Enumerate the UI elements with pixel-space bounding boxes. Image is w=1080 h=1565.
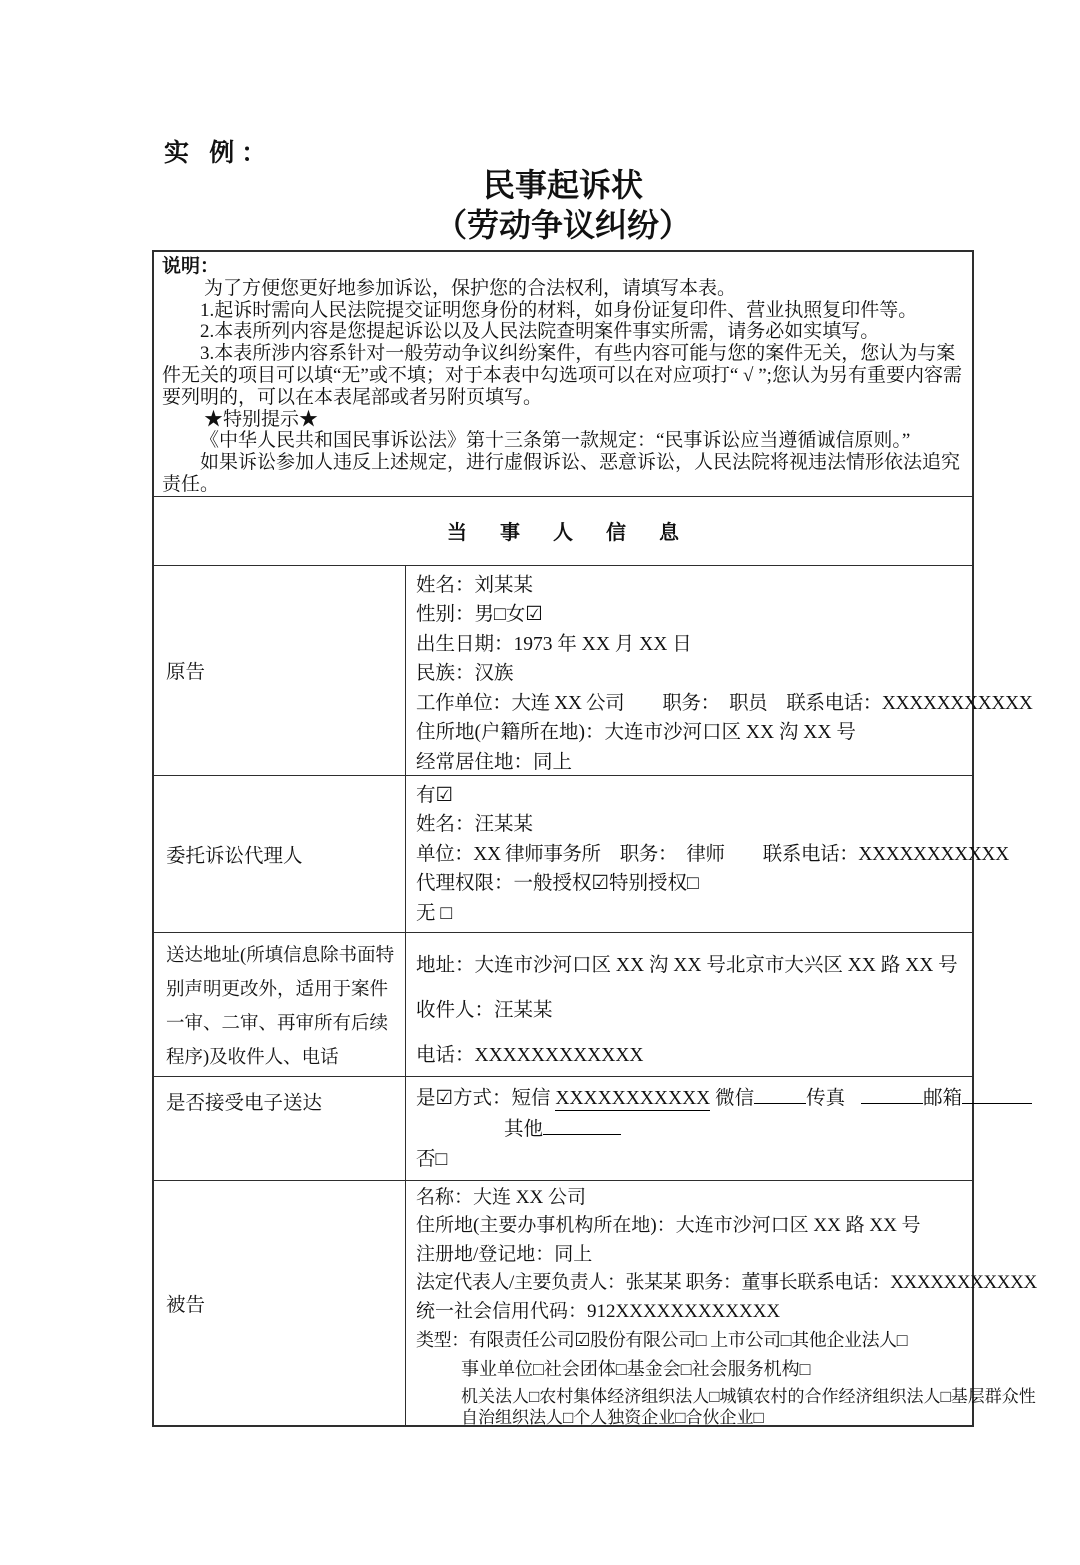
eservice-content: 是☑方式：短信 XXXXXXXXXXX 微信传真邮箱 其他 否□ (406, 1077, 1036, 1180)
document-page: 实 例： 民事起诉状 （劳动争议纠纷） 说明： 为了方便您更好地参加诉讼，保护您… (0, 0, 1080, 1565)
defendant-legal-representative: 法定代表人/主要负责人：张某某 职务：董事长联系电话：XXXXXXXXXXX (416, 1269, 1037, 1298)
eservice-other-line: 其他 (416, 1114, 1032, 1145)
plaintiff-content: 姓名：刘某某 性别：男□女☑ 出生日期：1973 年 XX 月 XX 日 民族：… (406, 566, 1036, 775)
plaintiff-gender: 性别：男□女☑ (416, 600, 1032, 630)
service-address-value: 地址：大连市沙河口区 XX 沟 XX 号北京市大兴区 XX 路 XX 号 (416, 943, 968, 988)
eservice-fax-blank (861, 1083, 923, 1104)
form-table: 说明： 为了方便您更好地参加诉讼，保护您的合法权利，请填写本表。 1.起诉时需向… (152, 250, 974, 1427)
plaintiff-residence: 住所地(户籍所在地)：大连市沙河口区 XX 沟 XX 号 (416, 718, 1032, 748)
eservice-fax-label: 传真 (806, 1088, 845, 1109)
agent-none-checkbox: 无 □ (416, 899, 1009, 929)
service-address-row: 送达地址(所填信息除书面特别声明更改外，适用于案件一审、二审、再审所有后续程序)… (154, 932, 972, 1076)
notes-row: 说明： 为了方便您更好地参加诉讼，保护您的合法权利，请填写本表。 1.起诉时需向… (154, 252, 972, 496)
example-label: 实 例： (164, 133, 273, 169)
eservice-no-checkbox: 否□ (416, 1145, 1032, 1175)
notes-warning: 如果诉讼参加人违反上述规定，进行虚假诉讼、恶意诉讼，人民法院将视违法情形依法追究… (162, 452, 964, 496)
defendant-type-line-3: 机关法人□农村集体经济组织法人□城镇农村的合作经济组织法人□基层群众性自治组织法… (416, 1386, 1037, 1428)
plaintiff-employer: 工作单位：大连 XX 公司 职务： 职员 联系电话：XXXXXXXXXXX (416, 689, 1032, 719)
agent-authority-scope: 代理权限：一般授权☑特别授权□ (416, 869, 1009, 899)
eservice-email-label: 邮箱 (923, 1088, 962, 1109)
section-header-row: 当 事 人 信 息 (154, 496, 972, 565)
defendant-type-line-2: 事业单位□社会团体□基金会□社会服务机构□ (416, 1355, 1037, 1384)
plaintiff-habitual-residence: 经常居住地：同上 (416, 748, 1032, 778)
notes-paragraph-3: 2.本表所列内容是您提起诉讼以及人民法院查明案件事实所需，请务必如实填写。 (162, 321, 964, 343)
eservice-other-blank (543, 1114, 621, 1135)
agent-content: 有☑ 姓名：汪某某 单位：XX 律师事务所 职务： 律师 联系电话：XXXXXX… (406, 776, 1013, 932)
agent-label: 委托诉讼代理人 (154, 776, 406, 932)
eservice-label: 是否接受电子送达 (154, 1077, 406, 1180)
eservice-yes-prefix: 是☑方式：短信 (416, 1088, 555, 1109)
notes-paragraph-1: 为了方便您更好地参加诉讼，保护您的合法权利，请填写本表。 (162, 278, 964, 300)
eservice-wechat-label: 微信 (710, 1088, 754, 1109)
document-title: 民事起诉状 (152, 165, 974, 205)
plaintiff-row: 原告 姓名：刘某某 性别：男□女☑ 出生日期：1973 年 XX 月 XX 日 … (154, 565, 972, 775)
plaintiff-label: 原告 (154, 566, 406, 775)
defendant-type-line-1: 类型：有限责任公司☑股份有限公司□ 上市公司□其他企业法人□ (416, 1326, 1037, 1355)
notes-heading: 说明： (162, 256, 964, 278)
notes-paragraph-4: 3.本表所涉内容系针对一般劳动争议纠纷案件，有些内容可能与您的案件无关，您认为与… (162, 343, 964, 408)
service-address-recipient: 收件人：汪某某 (416, 988, 968, 1033)
notes-cell: 说明： 为了方便您更好地参加诉讼，保护您的合法权利，请填写本表。 1.起诉时需向… (154, 252, 972, 496)
defendant-credit-code: 统一社会信用代码：912XXXXXXXXXXXX (416, 1298, 1037, 1327)
agent-name: 姓名：汪某某 (416, 810, 1009, 840)
agent-has-checkbox: 有☑ (416, 781, 1009, 811)
eservice-other-label: 其他 (504, 1119, 543, 1140)
plaintiff-ethnicity: 民族：汉族 (416, 659, 1032, 689)
defendant-content: 名称：大连 XX 公司 住所地(主要办事机构所在地)：大连市沙河口区 XX 路 … (406, 1181, 1041, 1425)
eservice-sms-value: XXXXXXXXXXX (555, 1088, 710, 1111)
agent-organization: 单位：XX 律师事务所 职务： 律师 联系电话：XXXXXXXXXXX (416, 840, 1009, 870)
service-address-phone: 电话：XXXXXXXXXXXX (416, 1033, 968, 1078)
defendant-registered-address: 注册地/登记地：同上 (416, 1241, 1037, 1270)
agent-row: 委托诉讼代理人 有☑ 姓名：汪某某 单位：XX 律师事务所 职务： 律师 联系电… (154, 775, 972, 932)
service-address-label: 送达地址(所填信息除书面特别声明更改外，适用于案件一审、二审、再审所有后续程序)… (154, 933, 406, 1076)
defendant-label: 被告 (154, 1181, 406, 1425)
document-subtitle: （劳动争议纠纷） (152, 205, 974, 245)
section-title: 当 事 人 信 息 (154, 516, 972, 545)
eservice-row: 是否接受电子送达 是☑方式：短信 XXXXXXXXXXX 微信传真邮箱 其他 否… (154, 1076, 972, 1180)
plaintiff-birthdate: 出生日期：1973 年 XX 月 XX 日 (416, 630, 1032, 660)
defendant-residence: 住所地(主要办事机构所在地)：大连市沙河口区 XX 路 XX 号 (416, 1212, 1037, 1241)
eservice-email-blank (962, 1083, 1032, 1104)
notes-law-quote: 《中华人民共和国民事诉讼法》第十三条第一款规定：“民事诉讼应当遵循诚信原则。” (162, 430, 964, 452)
eservice-wechat-blank (754, 1083, 806, 1104)
notes-special-tip: ★特别提示★ (162, 409, 964, 431)
notes-paragraph-2: 1.起诉时需向人民法院提交证明您身份的材料，如身份证复印件、营业执照复印件等。 (162, 300, 964, 322)
service-address-content: 地址：大连市沙河口区 XX 沟 XX 号北京市大兴区 XX 路 XX 号 收件人… (406, 933, 972, 1076)
defendant-name: 名称：大连 XX 公司 (416, 1184, 1037, 1213)
eservice-yes-line: 是☑方式：短信 XXXXXXXXXXX 微信传真邮箱 (416, 1083, 1032, 1114)
defendant-row: 被告 名称：大连 XX 公司 住所地(主要办事机构所在地)：大连市沙河口区 XX… (154, 1180, 972, 1425)
plaintiff-name: 姓名：刘某某 (416, 571, 1032, 601)
